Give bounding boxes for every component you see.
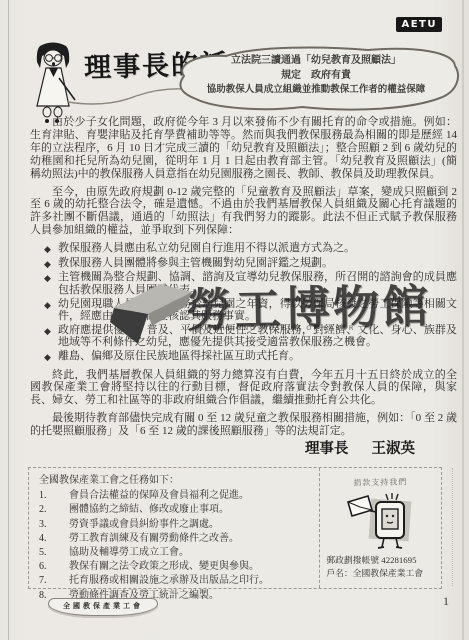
guarantee-bullet-list: ◆ 教保服務人員應由私立幼兒園自行進用不得以派遣方式為之。 ◆ 教保服務人員團體…	[30, 242, 457, 363]
paragraph-1: 由於少子女化問題，政府從今年 3 月以來發佈不少有關托育的命令或措施。例如：生育…	[30, 116, 457, 181]
bubble-line-3: 協助教保人員成立組織並推動教保工作者的權益保障	[178, 83, 454, 98]
task-item: 1. 會員合法權益的保障及會員福利之促進。	[39, 489, 319, 503]
footer-union-tab: 全國教保產業工會	[48, 598, 158, 616]
diamond-bullet-icon: ◆	[44, 324, 58, 349]
bullet-text: 教保服務人員團體將參與主管機關對幼兒園評鑑之規劃。	[58, 257, 457, 271]
article-body: 由於少子女化問題，政府從今年 3 月以來發佈不少有關托育的命令或措施。例如：生育…	[30, 116, 457, 456]
diamond-bullet-icon: ◆	[44, 242, 58, 256]
union-tasks-box: 全國教保產業工會之任務如下： 1. 會員合法權益的保障及會員福利之促進。 2. …	[28, 467, 442, 589]
task-text: 勞資爭議或會員糾紛事件之調處。	[69, 518, 219, 532]
task-text: 團體協約之締結、修改或廢止事項。	[69, 503, 229, 517]
bullet-text: 離島、偏鄉及原住民族地區得採社區互助式托育。	[58, 350, 457, 364]
task-item: 7. 托育服務或相關設施之承辦及出版品之印行。	[39, 574, 319, 588]
speech-bubble: 立法院三讀通過「幼兒教育及照顧法」 規定 政府有責 協助教保人員成立組織並推動教…	[170, 44, 462, 116]
task-number: 7.	[39, 574, 69, 588]
diamond-bullet-icon: ◆	[44, 350, 58, 364]
bubble-line-1: 立法院三讀通過「幼兒教育及照顧法」	[178, 53, 454, 68]
donation-column: 捐款支持我們	[319, 468, 441, 588]
bubble-line-2: 規定 政府有責	[178, 68, 454, 83]
paragraph-4: 最後期待教育部儘快完成有關 0 至 12 歲兒童之教保服務相關措施，例如：「0 …	[30, 412, 457, 438]
diamond-bullet-icon: ◆	[44, 298, 58, 323]
tasks-heading: 全國教保產業工會之任務如下：	[39, 474, 319, 488]
task-item: 3. 勞資爭議或會員糾紛事件之調處。	[39, 518, 319, 532]
postal-account-number: 郵政劃撥帳號 42281695	[326, 554, 442, 567]
diamond-bullet-icon: ◆	[44, 257, 58, 271]
task-item: 4. 勞工教育訓練及有關勞動條件之改善。	[39, 532, 319, 546]
task-number: 1.	[39, 489, 69, 503]
task-text: 托育服務或相關設施之承辦及出版品之印行。	[69, 574, 269, 588]
donation-note: 捐款支持我們	[320, 476, 441, 489]
task-text: 協助及輔導勞工成立工會。	[69, 546, 189, 560]
task-text: 勞工教育訓練及有關勞動條件之改善。	[69, 532, 239, 546]
task-number: 2.	[39, 503, 69, 517]
bubble-text: 立法院三讀通過「幼兒教育及照顧法」 規定 政府有責 協助教保人員成立組織並推動教…	[178, 53, 454, 98]
signature-name: 王淑英	[372, 441, 416, 457]
signature-title: 理事長	[305, 441, 349, 457]
bullet-text: 教保服務人員應由私立幼兒園自行進用不得以派遣方式為之。	[58, 242, 457, 256]
bullet-item: ◆ 教保服務人員團體將參與主管機關對幼兒園評鑑之規劃。	[30, 257, 457, 271]
aetu-logo: AETU	[396, 17, 442, 32]
margin-dotted-line	[452, 468, 453, 586]
diamond-bullet-icon: ◆	[44, 271, 58, 296]
paragraph-3: 終此，我們基層教保人員組織的努力總算沒有白費，今年五月十五日終於成立的全國教保產…	[30, 369, 457, 408]
bullet-item: ◆ 離島、偏鄉及原住民族地區得採社區互助式托育。	[30, 350, 457, 364]
task-text: 教保有關之法令政策之形成、變更與參與。	[69, 560, 259, 574]
postal-account-holder: 戶名：全國教保產業工會	[326, 567, 442, 580]
bullet-item: ◆ 教保服務人員應由私立幼兒園自行進用不得以派遣方式為之。	[30, 242, 457, 256]
task-item: 6. 教保有關之法令政策之形成、變更與參與。	[39, 560, 319, 574]
signature-line: 理事長 王淑英	[30, 443, 457, 456]
task-text: 會員合法權益的保障及會員福利之促進。	[69, 489, 249, 503]
tasks-list-column: 全國教保產業工會之任務如下： 1. 會員合法權益的保障及會員福利之促進。 2. …	[29, 468, 319, 588]
page-edge-shade	[462, 0, 464, 640]
task-item: 5. 協助及輔導勞工成立工會。	[39, 546, 319, 560]
bullet-text: 主管機關為整合規劃、協調、諮詢及宣導幼兒教保服務，所召開的諮詢會的成員應包括教保…	[58, 271, 457, 296]
paragraph-2: 至今，由原先政府規劃 0-12 歲完整的「兒童教育及照顧法」草案，變成只照顧到 …	[30, 186, 457, 238]
page-spine-line	[8, 0, 9, 640]
newsletter-page: AETU 理事長的話 立法院三讀通過「幼兒教育及照顧法	[0, 0, 469, 640]
task-number: 4.	[39, 532, 69, 546]
task-number: 6.	[39, 560, 69, 574]
mailbox-cartoon-icon	[320, 490, 441, 557]
postal-account-info: 郵政劃撥帳號 42281695 戶名：全國教保產業工會	[326, 554, 442, 580]
bullet-text: 政府應提供優質、普及、平價及近便性之教保服務，對經濟、文化、身心、族群及地域等不…	[58, 324, 457, 349]
task-number: 3.	[39, 518, 69, 532]
bullet-item: ◆ 主管機關為整合規劃、協調、諮詢及宣導幼兒教保服務，所召開的諮詢會的成員應包括…	[30, 271, 457, 296]
bullet-item: ◆ 政府應提供優質、普及、平價及近便性之教保服務，對經濟、文化、身心、族群及地域…	[30, 324, 457, 349]
page-number: 1	[443, 594, 449, 609]
task-number: 5.	[39, 546, 69, 560]
task-item: 2. 團體協約之締結、修改或廢止事項。	[39, 503, 319, 517]
bullet-text: 幼兒園現職人員證明其服務於幼兒園之年資，得以勞保局核發之勞工保險等相關文件，經應…	[58, 298, 457, 323]
bullet-item: ◆ 幼兒園現職人員證明其服務於幼兒園之年資，得以勞保局核發之勞工保險等相關文件，…	[30, 298, 457, 323]
